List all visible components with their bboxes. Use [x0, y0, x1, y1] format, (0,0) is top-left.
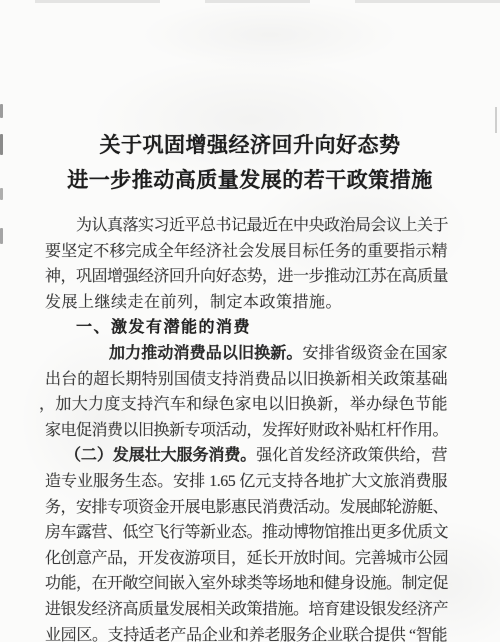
text-line: 为认真落实习近平总书记最近在中央政治局会议上关于: [45, 213, 447, 239]
scan-top-edge-artifact: [205, 0, 310, 3]
line-text: 强化首发经济政策供给，营: [256, 447, 447, 464]
text-line: 业园区。支持适老产品企业和养老服务企业联合提供 “智能: [45, 623, 447, 642]
text-line: 功能，在开敞空间嵌入室外球类等场地和健身设施。制定促: [45, 571, 447, 597]
text-line: （二）发展壮大服务消费。强化首发经济政策供给，营: [45, 443, 447, 469]
line-lead-bold: （二）发展壮大服务消费。: [65, 447, 256, 464]
text-line: 发展上继续走在前列，制定本政策措施。: [45, 290, 447, 316]
line-text: 务，安排专项资金开展电影惠民消费活动。发展邮轮游艇、: [45, 499, 448, 516]
scan-left-edge-artifact: [0, 134, 3, 155]
line-text: 业园区。支持适老产品企业和养老服务企业联合提供 “智能: [45, 627, 447, 642]
line-text: 发展上继续走在前列，制定本政策措施。: [45, 294, 342, 311]
text-line: 房车露营、低空飞行等新业态。推动博物馆推出更多优质文: [45, 520, 447, 546]
scan-right-edge-artifact: [495, 107, 497, 133]
scan-left-edge-artifact: [0, 104, 3, 118]
text-line: 进银发经济高质量发展相关政策措施。培育建设银发经济产: [45, 597, 447, 623]
line-text: 要坚定不移完成全年经济社会发展目标任务的重要指示精: [45, 243, 447, 260]
scan-top-edge-artifact: [355, 0, 500, 3]
text-line: 化创意产品，开发夜游项目，延长开放时间。完善城市公园: [45, 546, 447, 572]
scanned-document-page: 关于巩固增强经济回升向好态势 进一步推动高质量发展的若干政策措施 为认真落实习近…: [0, 0, 500, 642]
section-heading-1: 一、激发有潜能的消费: [45, 315, 447, 341]
line-text: 造专业服务生态。安排 1.65 亿元支持各地扩大文旅消费服: [45, 473, 447, 490]
text-line: ，加大力度支持汽车和绿色家电以旧换新，举办绿色节能: [39, 392, 447, 418]
line-text: 出台的超长期特别国债支持消费品以旧换新相关政策基础: [45, 371, 447, 388]
section-heading-text: 一、激发有潜能的消费: [76, 319, 251, 336]
document-body: 为认真落实习近平总书记最近在中央政治局会议上关于 要坚定不移完成全年经济社会发展…: [45, 213, 447, 642]
scan-left-edge-artifact: [0, 228, 3, 244]
line-text: 为认真落实习近平总书记最近在中央政治局会议上关于: [76, 217, 448, 234]
document-title-line-2: 进一步推动高质量发展的若干政策措施: [0, 163, 500, 198]
document-title-line-1: 关于巩固增强经济回升向好态势: [0, 128, 500, 163]
line-text: 神，巩固增强经济回升向好态势，进一步推动江苏在高质量: [45, 268, 448, 285]
text-line: 加力推动消费品以旧换新。安排省级资金在国家: [45, 341, 447, 367]
text-line: 务，安排专项资金开展电影惠民消费活动。发展邮轮游艇、: [45, 495, 447, 521]
line-text: 进银发经济高质量发展相关政策措施。培育建设银发经济产: [45, 601, 448, 618]
line-text: 房车露营、低空飞行等新业态。推动博物馆推出更多优质文: [45, 524, 448, 541]
line-text: 安排省级资金在国家: [302, 345, 447, 362]
text-line: 造专业服务生态。安排 1.65 亿元支持各地扩大文旅消费服: [45, 469, 447, 495]
line-text: 化创意产品，开发夜游项目，延长开放时间。完善城市公园: [45, 550, 448, 567]
text-line: 要坚定不移完成全年经济社会发展目标任务的重要指示精: [45, 239, 447, 265]
scan-left-edge-artifact: [0, 188, 3, 200]
line-text: 功能，在开敞空间嵌入室外球类等场地和健身设施。制定促: [45, 575, 448, 592]
line-text: 家电促消费以旧换新专项活动，发挥好财政补贴杠杆作用。: [45, 422, 448, 439]
line-text: ，加大力度支持汽车和绿色家电以旧换新，举办绿色节能: [39, 396, 447, 413]
scan-top-edge-artifact: [35, 0, 160, 3]
line-lead-bold: 加力推动消费品以旧换新。: [109, 345, 302, 362]
text-line: 神，巩固增强经济回升向好态势，进一步推动江苏在高质量: [45, 264, 447, 290]
document-title: 关于巩固增强经济回升向好态势 进一步推动高质量发展的若干政策措施: [0, 0, 500, 198]
text-line: 家电促消费以旧换新专项活动，发挥好财政补贴杠杆作用。: [45, 418, 447, 444]
text-line: 出台的超长期特别国债支持消费品以旧换新相关政策基础: [45, 367, 447, 393]
